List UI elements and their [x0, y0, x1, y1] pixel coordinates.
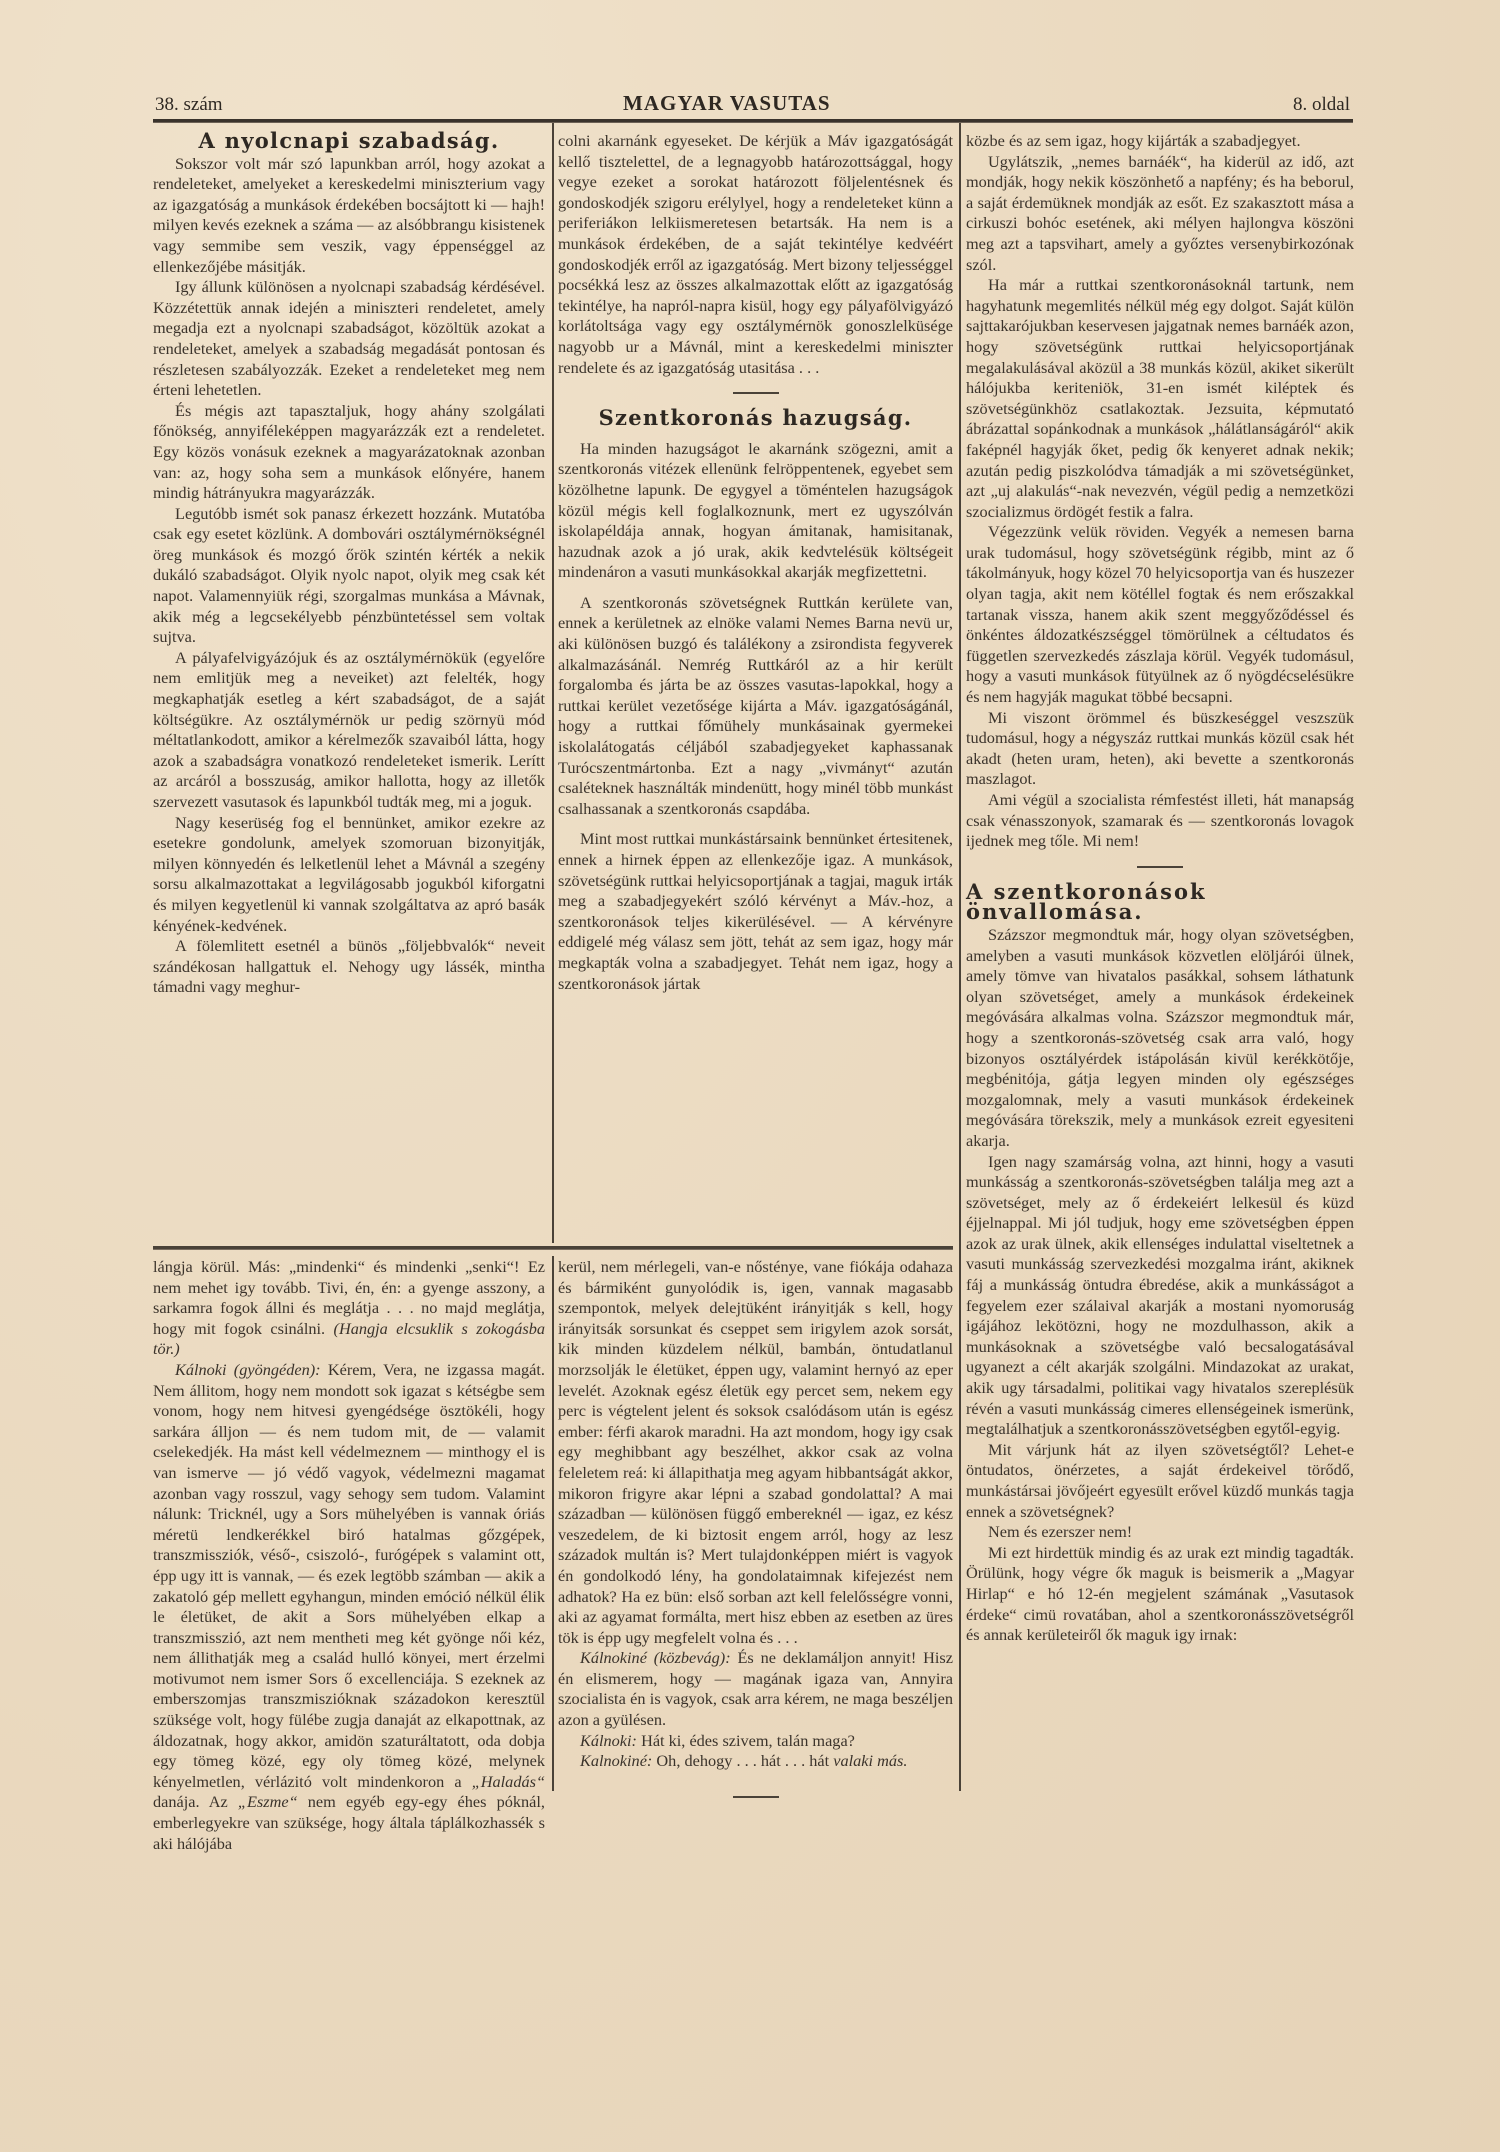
paragraph: Mi ezt hirdettük mindig és az urak ezt m… [966, 1543, 1354, 1646]
article-title: A nyolcnapi szabadság. [153, 131, 545, 152]
feuilleton-column-1: lángja körül. Más: „mindenki“ és mindenk… [153, 1257, 545, 1854]
issue-number: 38. szám [153, 94, 223, 116]
speaker-name: Kálnoki: [580, 1731, 637, 1750]
speaker-name: Kálnokiné (közbevág): [580, 1648, 731, 1667]
paragraph: Mi viszont örömmel és büszkeséggel veszs… [966, 708, 1354, 790]
article-separator [733, 1796, 779, 1798]
newspaper-page: 38. szám MAGYAR VASUTAS 8. oldal A nyolc… [153, 86, 1353, 2113]
feuilleton-text: Kálnoki (gyöngéden): Kérem, Vera, ne izg… [153, 1360, 545, 1854]
feuilleton-text: Kálnokiné (közbevág): És ne deklamáljon … [558, 1648, 953, 1730]
paragraph: Legutóbb ismét sok panasz érkezett hozzá… [153, 504, 545, 648]
columns: A nyolcnapi szabadság. Sokszor volt már … [153, 123, 1353, 2113]
speaker-name: Kálnoki (gyöngéden): [175, 1360, 321, 1379]
page-number: 8. oldal [1293, 94, 1353, 116]
quoted-title: „Haladás“ [472, 1772, 545, 1791]
paragraph: Mit várjunk hát az ilyen szövetségtől? L… [966, 1440, 1354, 1522]
paragraph-continued: colni akarnánk egyeseket. De kérjük a Má… [558, 131, 953, 378]
column-2-top: colni akarnánk egyeseket. De kérjük a Má… [558, 131, 953, 994]
quoted-title: „Eszme“ [238, 1792, 298, 1811]
page-header: 38. szám MAGYAR VASUTAS 8. oldal [153, 86, 1353, 116]
paragraph: Sokszor volt már szó lapunkban arról, ho… [153, 154, 545, 278]
paragraph: A pályafelvigyázójuk és az osztálymérnök… [153, 648, 545, 813]
paragraph: Ugylátszik, „nemes barnáék“, ha kiderül … [966, 152, 1354, 276]
stage-direction: valaki más. [833, 1751, 907, 1770]
feuilleton-text: Kálnoki: Hát ki, édes szivem, talán maga… [558, 1731, 953, 1752]
paragraph: Végezzünk velük röviden. Vegyék a nemese… [966, 522, 1354, 707]
paragraph: Igy állunk különösen a nyolcnapi szabads… [153, 277, 545, 401]
feuilleton-column-2: kerül, nem mérlegeli, van-e nősténye, va… [558, 1257, 953, 1812]
paragraph-continued: közbe és az sem igaz, hogy kijárták a sz… [966, 131, 1354, 152]
paragraph: Ha minden hazugságot le akarnánk szögezn… [558, 439, 953, 583]
paragraph: Mint most ruttkai munkástársaink bennünk… [558, 829, 953, 994]
feuilleton-text: lángja körül. Más: „mindenki“ és mindenk… [153, 1257, 545, 1360]
paragraph: Nagy keserüség fog el bennünket, amikor … [153, 813, 545, 937]
article-separator [733, 392, 779, 394]
speaker-name: Kalnokiné: [580, 1751, 652, 1770]
paragraph: Nem és ezerszer nem! [966, 1522, 1354, 1543]
article-title: Szentkoronás hazugság. [558, 408, 953, 429]
masthead-title: MAGYAR VASUTAS [623, 91, 831, 116]
paragraph: A fölemlitett esetnél a bünös „följebbva… [153, 936, 545, 998]
paragraph: És mégis azt tapasztaljuk, hogy ahány sz… [153, 401, 545, 504]
feuilleton-text: kerül, nem mérlegeli, van-e nősténye, va… [558, 1257, 953, 1648]
column-divider [552, 1256, 554, 1791]
paragraph: Ami végül a szocialista rémfestést illet… [966, 790, 1354, 852]
paragraph: Ha már a ruttkai szentkoronásoknál tartu… [966, 275, 1354, 522]
column-divider [959, 123, 961, 1791]
paragraph: Igen nagy szamárság volna, azt hinni, ho… [966, 1152, 1354, 1440]
feuilleton-text: Kalnokiné: Oh, dehogy . . . hát . . . há… [558, 1751, 953, 1772]
article-title: A szentkoronások önvallomása. [966, 882, 1354, 923]
article-separator [1137, 866, 1183, 868]
section-divider-rule [153, 1246, 953, 1250]
column-divider [552, 123, 554, 1243]
paragraph: A szentkoronás szövetségnek Ruttkán kerü… [558, 593, 953, 820]
column-1-top: A nyolcnapi szabadság. Sokszor volt már … [153, 131, 545, 998]
column-3: közbe és az sem igaz, hogy kijárták a sz… [966, 131, 1354, 1646]
paragraph: Százszor megmondtuk már, hogy olyan szöv… [966, 925, 1354, 1152]
